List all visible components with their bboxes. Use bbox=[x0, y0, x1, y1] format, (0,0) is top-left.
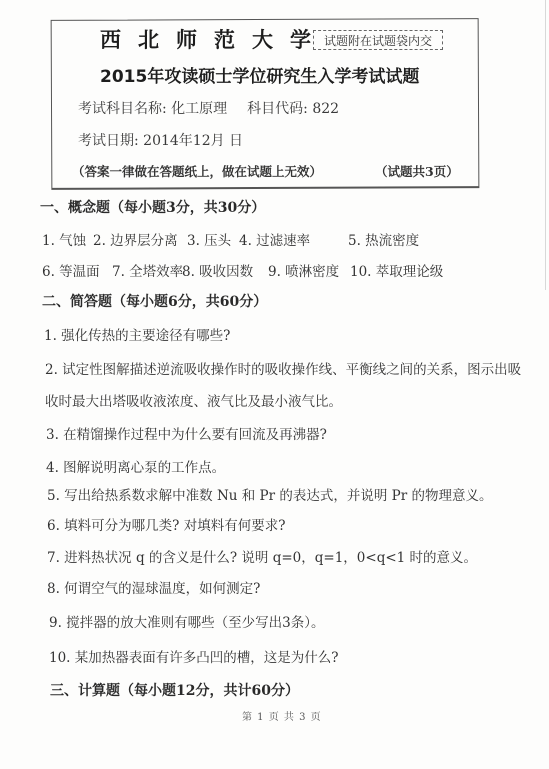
concept-item: 8. 吸收因数 bbox=[182, 260, 253, 280]
subject-code: 科目代码: 822 bbox=[247, 101, 339, 117]
concept-item: 5. 热流密度 bbox=[348, 229, 419, 249]
concept-item: 10. 萃取理论级 bbox=[350, 260, 443, 280]
exam-title: 2015年攻读硕士学位研究生入学考试试题 bbox=[100, 62, 419, 87]
concept-item: 3. 压头 bbox=[187, 229, 231, 249]
exam-date: 考试日期: 2014年12月 日 bbox=[78, 130, 243, 150]
concept-item: 4. 过滤速率 bbox=[239, 229, 310, 249]
page-indicator: 第 1 页 共 3 页 bbox=[242, 708, 322, 723]
question-2-continued: 收时最大出塔吸收液浓度、液气比及最小液气比。 bbox=[45, 390, 342, 410]
question-5: 5. 写出给热系数求解中准数 Nu 和 Pr 的表达式，并说明 Pr 的物理意义… bbox=[47, 484, 493, 504]
subject-line: 考试科目名称: 化工原理科目代码: 822 bbox=[78, 98, 339, 118]
answer-notice: （答案一律做在答题纸上，做在试题上无效） bbox=[72, 162, 322, 180]
stamp-note: 试题附在试题袋内交 bbox=[313, 30, 443, 50]
question-7: 7. 进料热状况 q 的含义是什么? 说明 q=0，q=1，0<q<1 时的意义… bbox=[47, 546, 477, 566]
question-6: 6. 填料可分为哪几类? 对填料有何要求? bbox=[47, 514, 285, 534]
university-name: 西北师范大学 bbox=[100, 24, 328, 54]
subject-name: 考试科目名称: 化工原理 bbox=[78, 101, 227, 117]
total-pages-note: （试题共3页） bbox=[375, 162, 459, 180]
question-9: 9. 搅拌器的放大准则有哪些（至少写出3条）。 bbox=[49, 611, 325, 631]
question-8: 8. 何谓空气的湿球温度，如何测定? bbox=[47, 577, 260, 597]
concept-item: 7. 全塔效率 bbox=[112, 260, 183, 280]
question-1: 1. 强化传热的主要途径有哪些? bbox=[44, 324, 230, 344]
concept-item: 2. 边界层分离 bbox=[93, 229, 178, 249]
concept-item: 1. 气蚀 bbox=[42, 229, 86, 249]
section-title-calculation: 三、计算题（每小题12分，共计60分） bbox=[50, 680, 299, 700]
concept-item: 9. 喷淋密度 bbox=[268, 260, 339, 280]
concept-item: 6. 等温面 bbox=[42, 260, 100, 280]
section-title-short-answer: 二、简答题（每小题6分，共60分） bbox=[42, 291, 267, 311]
question-10: 10. 某加热器表面有许多凸凹的槽，这是为什么? bbox=[49, 646, 339, 666]
page-edge bbox=[545, 0, 546, 290]
question-4: 4. 图解说明离心泵的工作点。 bbox=[46, 456, 225, 476]
question-2: 2. 试定性图解描述逆流吸收操作时的吸收操作线、平衡线之间的关系，图示出吸 bbox=[45, 358, 521, 378]
question-3: 3. 在精馏操作过程中为什么要有回流及再沸器? bbox=[46, 423, 327, 443]
section-title-concepts: 一、概念题（每小题3分，共30分） bbox=[40, 197, 265, 217]
